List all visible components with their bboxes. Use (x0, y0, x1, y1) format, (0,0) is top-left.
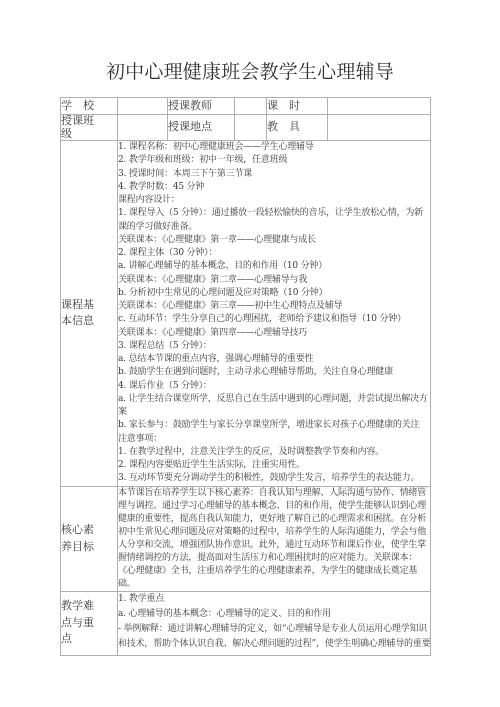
class-label-cell: 授课班 级 (61, 115, 118, 141)
school-value-cell (118, 98, 168, 115)
course-info-content-cell: 1. 课程名称：初中心理健康班会——学生心理辅导 2. 教学年级和班级：初中一年… (118, 141, 431, 487)
hours-label-cell: 课 时 (267, 98, 328, 115)
aids-label-cell: 教 具 (267, 115, 328, 141)
location-label-cell: 授课地点 (168, 115, 235, 141)
key-points-content-cell: 1. 教学重点 a. 心理辅导的基本概念：心理辅导的定义、目的和作用 - 举例解… (118, 591, 431, 655)
hours-value-cell (328, 98, 431, 115)
class-value-cell (118, 115, 168, 141)
core-competency-label-cell: 核心素 养目标 (61, 486, 118, 591)
key-points-label-cell: 教学难 点与重 点 (61, 591, 118, 655)
section-row-key-points: 教学难 点与重 点 1. 教学重点 a. 心理辅导的基本概念：心理辅导的定义、目… (61, 591, 431, 655)
header-row-1: 学 校 授课教师 课 时 (61, 98, 431, 115)
course-info-label-cell: 课程基 本信息 (61, 141, 118, 487)
teacher-value-cell (235, 98, 267, 115)
school-label-cell: 学 校 (61, 98, 118, 115)
teacher-label-cell: 授课教师 (168, 98, 235, 115)
page-title: 初中心理健康班会教学生心理辅导 (0, 57, 500, 84)
location-value-cell (235, 115, 267, 141)
section-row-core-competency: 核心素 养目标 本节课旨在培养学生以下核心素养：自我认知与理解、人际沟通与协作、… (61, 486, 431, 591)
header-row-2: 授课班 级 授课地点 教 具 (61, 115, 431, 141)
aids-value-cell (328, 115, 431, 141)
core-competency-content-cell: 本节课旨在培养学生以下核心素养：自我认知与理解、人际沟通与协作、情绪管 理与调控… (118, 486, 431, 591)
document-page: 初中心理健康班会教学生心理辅导 学 校 授课教师 课 时 授课班 级 授课地点 … (0, 0, 500, 707)
section-row-course-info: 课程基 本信息 1. 课程名称：初中心理健康班会——学生心理辅导 2. 教学年级… (61, 141, 431, 487)
lesson-plan-table: 学 校 授课教师 课 时 授课班 级 授课地点 教 具 课程基 本信息 1. 课… (60, 97, 431, 656)
